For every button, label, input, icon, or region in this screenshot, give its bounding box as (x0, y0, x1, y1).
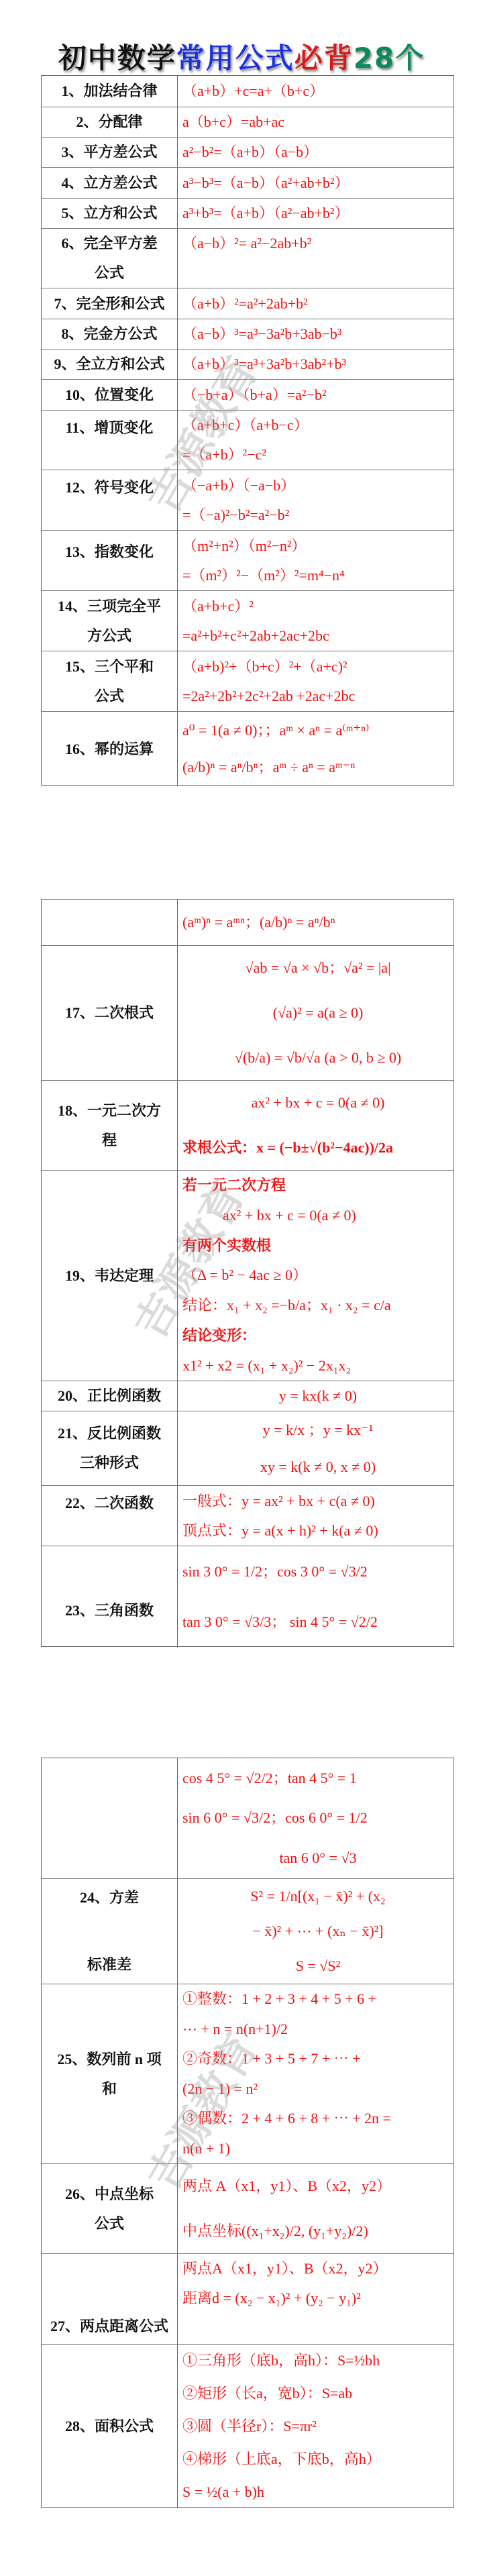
row-formula: 若一元二次方程 ax² + bx + c = 0(a ≠ 0) 有两个实数根 （… (178, 1171, 453, 1381)
row-formula: a⁰ = 1(a ≠ 0)；；aᵐ × aⁿ = a⁽ᵐ⁺ⁿ⁾(a/b)ⁿ = … (178, 712, 453, 786)
row-label (42, 1758, 178, 1878)
formula-table-3: cos 4 5° = √2/2；tan 4 5° = 1sin 6 0° = √… (41, 1758, 454, 2508)
table-row: 25、数列前 n 项和 ①整数：1 + 2 + 3 + 4 + 5 + 6 + … (42, 1984, 453, 2163)
row-label: 16、幂的运算 (42, 712, 178, 786)
table-row: 14、三项完全平方公式 （a+b+c）²=a²+b²+c²+2ab+2ac+2b… (42, 590, 453, 651)
row-formula: （a−b）²= a²−2ab+b² (178, 229, 453, 288)
table-row: 20、正比例函数 y = kx(k ≠ 0) (42, 1381, 453, 1411)
row-formula: S² = 1/n[(x₁ − x̄)² + (x₂− x̄)² + ⋯ + (x… (178, 1879, 453, 1984)
row-formula: y = k/x ；y = kx⁻¹xy = k(k ≠ 0, x ≠ 0) (178, 1411, 453, 1485)
table-row: 9、全立方和公式 （a+b）³=a³+3a²b+3ab²+b³ (42, 349, 453, 379)
row-label: 7、完全形和公式 (42, 288, 178, 319)
row-formula: a²−b²=（a+b）（a−b） (178, 138, 453, 167)
row-label (42, 900, 178, 945)
table-row: 27、两点距离公式 两点A（x1，y1）、B（x2，y2）距离d = (x₂ −… (42, 2253, 453, 2344)
table-row: 8、完金方公式 （a−b）³=a³−3a²b+3ab−b³ (42, 319, 453, 349)
row-formula: （a+b）+c=a+（b+c） (178, 76, 453, 107)
formula-table-2: (aᵐ)ⁿ = aᵐⁿ；(a/b)ⁿ = aⁿ/bⁿ 17、二次根式 √ab =… (41, 899, 454, 1647)
row-label: 17、二次根式 (42, 946, 178, 1080)
row-label: 21、反比例函数三种形式 (42, 1411, 178, 1485)
row-label: 15、三个平和公式 (42, 651, 178, 711)
formula-table-1: 1、加法结合律 （a+b）+c=a+（b+c） 2、分配律 a（b+c）=ab+… (41, 75, 454, 786)
title-part-2: 常用公式 (176, 42, 294, 74)
row-formula: cos 4 5° = √2/2；tan 4 5° = 1sin 6 0° = √… (178, 1758, 453, 1878)
row-label: 19、韦达定理 (42, 1171, 178, 1381)
row-formula: 两点A（x1，y1）、B（x2，y2）距离d = (x₂ − x₁)² + (y… (178, 2254, 453, 2344)
row-label: 12、符号变化 (42, 470, 178, 530)
table-row: 21、反比例函数三种形式 y = k/x ；y = kx⁻¹xy = k(k ≠… (42, 1411, 453, 1485)
row-formula: （−a+b）（−a−b）=（−a)²−b²=a²−b² (178, 470, 453, 530)
table-row: (aᵐ)ⁿ = aᵐⁿ；(a/b)ⁿ = aⁿ/bⁿ (42, 900, 453, 945)
row-formula: (aᵐ)ⁿ = aᵐⁿ；(a/b)ⁿ = aⁿ/bⁿ (178, 900, 453, 945)
row-label: 4、立方差公式 (42, 168, 178, 198)
row-label: 24、方差标准差 (42, 1879, 178, 1984)
row-label: 5、立方和公式 (42, 199, 178, 228)
table-row: 23、三角函数 sin 3 0° = 1/2；cos 3 0° = √3/2ta… (42, 1546, 453, 1648)
row-formula: （a+b）³=a³+3a²b+3ab²+b³ (178, 350, 453, 379)
row-label: 9、全立方和公式 (42, 350, 178, 379)
row-label: 25、数列前 n 项和 (42, 1984, 178, 2163)
row-formula: （a+b）²=a²+2ab+b² (178, 288, 453, 319)
row-label: 28、面积公式 (42, 2345, 178, 2508)
table-row: 3、平方差公式 a²−b²=（a+b）（a−b） (42, 137, 453, 167)
table-row: 28、面积公式 ①三角形（底b，高h）：S=½bh ②矩形（长a，宽b）：S=a… (42, 2344, 453, 2508)
row-formula: sin 3 0° = 1/2；cos 3 0° = √3/2tan 3 0° =… (178, 1546, 453, 1648)
row-formula: 两点 A（x1，y1）、B（x2，y2）中点坐标((x₁+x₂)/2, (y₁+… (178, 2164, 453, 2253)
row-label: 1、加法结合律 (42, 76, 178, 107)
row-formula: √ab = √a × √b；√a² = |a|(√a)² = a(a ≥ 0)√… (178, 946, 453, 1080)
row-formula: ①三角形（底b，高h）：S=½bh ②矩形（长a，宽b）：S=ab ③圆（半径r… (178, 2345, 453, 2508)
title-part-1: 初中数学 (58, 42, 176, 74)
table-row: cos 4 5° = √2/2；tan 4 5° = 1sin 6 0° = √… (42, 1758, 453, 1878)
row-label: 26、中点坐标公式 (42, 2164, 178, 2253)
table-row: 22、二次函数 一般式：y = ax² + bx + c(a ≠ 0)顶点式：y… (42, 1485, 453, 1546)
row-formula: （a−b）³=a³−3a²b+3ab−b³ (178, 319, 453, 349)
row-label: 10、位置变化 (42, 380, 178, 410)
table-row: 19、韦达定理 若一元二次方程 ax² + bx + c = 0(a ≠ 0) … (42, 1170, 453, 1381)
table-row: 2、分配律 a（b+c）=ab+ac (42, 107, 453, 137)
table-row: 10、位置变化 （−b+a）（b+a）=a²−b² (42, 379, 453, 410)
row-label: 2、分配律 (42, 107, 178, 137)
row-formula: （−b+a）（b+a）=a²−b² (178, 380, 453, 410)
row-formula: a（b+c）=ab+ac (178, 107, 453, 137)
row-label: 14、三项完全平方公式 (42, 591, 178, 651)
table-row: 17、二次根式 √ab = √a × √b；√a² = |a|(√a)² = a… (42, 945, 453, 1080)
row-label: 3、平方差公式 (42, 138, 178, 167)
table-row: 4、立方差公式 a³−b³=（a−b）（a²+ab+b²） (42, 167, 453, 198)
row-label: 6、完全平方差公式 (42, 229, 178, 288)
title-part-4: 28个 (354, 42, 425, 74)
row-formula: （a+b)²+（b+c）²+（a+c)²=2a²+2b²+2c²+2ab +2a… (178, 651, 453, 711)
row-label: 27、两点距离公式 (42, 2254, 178, 2344)
row-formula: （a+b+c）²=a²+b²+c²+2ab+2ac+2bc (178, 591, 453, 651)
row-label: 20、正比例函数 (42, 1381, 178, 1411)
table-row: 6、完全平方差公式 （a−b）²= a²−2ab+b² (42, 228, 453, 288)
row-formula: ax² + bx + c = 0(a ≠ 0)求根公式：x = (−b±√(b²… (178, 1081, 453, 1170)
row-formula: （m²+n²）（m²−n²）=（m²）²−（m²）²=m⁴−n⁴ (178, 531, 453, 590)
row-formula: a³−b³=（a−b）（a²+ab+b²） (178, 168, 453, 198)
row-formula: a³+b³=（a+b）（a²−ab+b²） (178, 199, 453, 228)
row-label: 18、一元二次方程 (42, 1081, 178, 1170)
table-row: 5、立方和公式 a³+b³=（a+b）（a²−ab+b²） (42, 198, 453, 228)
table-row: 15、三个平和公式 （a+b)²+（b+c）²+（a+c)²=2a²+2b²+2… (42, 651, 453, 711)
table-row: 16、幂的运算 a⁰ = 1(a ≠ 0)；；aᵐ × aⁿ = a⁽ᵐ⁺ⁿ⁾(… (42, 711, 453, 786)
row-formula: ①整数：1 + 2 + 3 + 4 + 5 + 6 + ⋯ + n = n(n+… (178, 1984, 453, 2163)
table-row: 26、中点坐标公式 两点 A（x1，y1）、B（x2，y2）中点坐标((x₁+x… (42, 2163, 453, 2253)
row-label: 23、三角函数 (42, 1546, 178, 1648)
row-formula: y = kx(k ≠ 0) (178, 1381, 453, 1411)
row-label: 13、指数变化 (42, 531, 178, 590)
table-row: 24、方差标准差 S² = 1/n[(x₁ − x̄)² + (x₂− x̄)²… (42, 1878, 453, 1984)
table-row: 18、一元二次方程 ax² + bx + c = 0(a ≠ 0)求根公式：x … (42, 1080, 453, 1170)
table-row: 1、加法结合律 （a+b）+c=a+（b+c） (42, 76, 453, 107)
row-label: 11、增顶变化 (42, 411, 178, 470)
row-formula: （a+b+c）（a+b−c）=（a+b）²−c² (178, 411, 453, 470)
table-row: 12、符号变化 （−a+b）（−a−b）=（−a)²−b²=a²−b² (42, 470, 453, 530)
row-label: 8、完金方公式 (42, 319, 178, 349)
table-row: 11、增顶变化 （a+b+c）（a+b−c）=（a+b）²−c² (42, 410, 453, 470)
row-label: 22、二次函数 (42, 1486, 178, 1546)
page-title: 初中数学常用公式必背28个 (0, 42, 483, 75)
table-row: 7、完全形和公式 （a+b）²=a²+2ab+b² (42, 288, 453, 319)
table-row: 13、指数变化 （m²+n²）（m²−n²）=（m²）²−（m²）²=m⁴−n⁴ (42, 530, 453, 590)
title-part-3: 必背 (294, 42, 354, 74)
row-formula: 一般式：y = ax² + bx + c(a ≠ 0)顶点式：y = a(x +… (178, 1486, 453, 1546)
